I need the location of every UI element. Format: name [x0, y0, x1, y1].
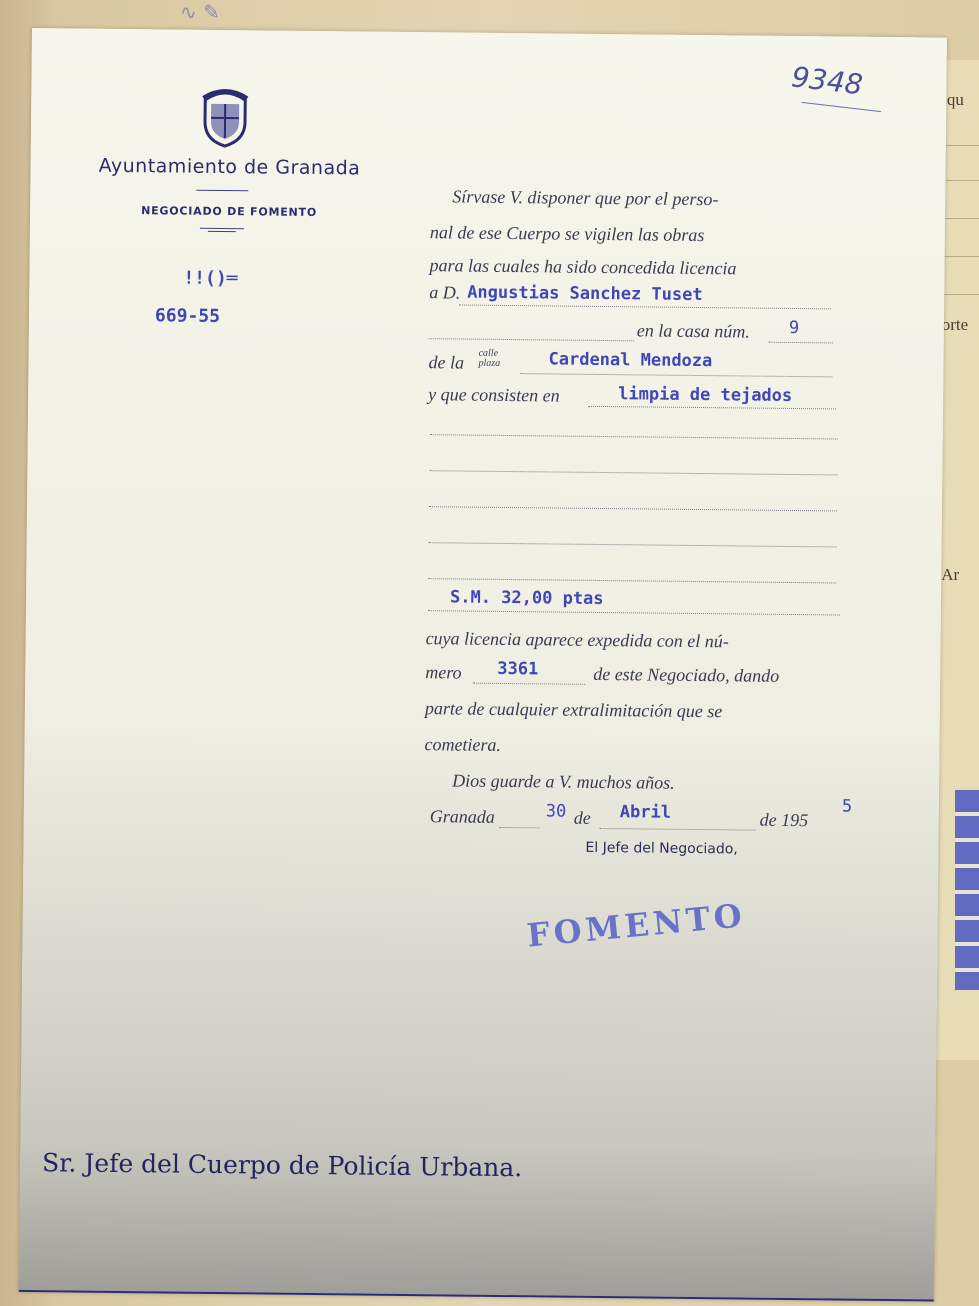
handwritten-underline — [801, 102, 881, 112]
dotted-fill-line — [430, 434, 838, 439]
dotted-fill-line — [429, 470, 837, 475]
dotted-fill-line — [588, 406, 836, 410]
divider — [196, 190, 248, 192]
dotted-fill-line — [429, 338, 634, 341]
dotted-fill-line — [428, 578, 836, 583]
recipient-label: a D. — [429, 282, 460, 303]
street-name: Cardenal Mendoza — [548, 349, 712, 371]
closing-salutation: Dios guarde a V. muchos años. — [452, 770, 675, 793]
fee-amount: S.M. 32,00 ptas — [450, 587, 604, 609]
street-type-options: calle plaza — [478, 349, 500, 369]
dotted-fill-line — [520, 373, 832, 377]
street-prefix: de la — [428, 352, 464, 373]
dotted-fill-line — [769, 342, 833, 344]
date-year-suffix: 5 — [842, 797, 852, 817]
fomento-stamp: FOMENTO — [525, 896, 747, 954]
date-day: 30 — [546, 801, 567, 821]
license-number: 3361 — [497, 659, 538, 679]
license-line-4: cometiera. — [424, 734, 501, 756]
street-type-plaza: plaza — [478, 359, 500, 369]
date-place: Granada — [430, 806, 495, 828]
divider — [200, 228, 244, 229]
house-number: 9 — [789, 318, 799, 338]
works-label: y que consisten en — [428, 384, 560, 406]
recipient-name: Angustias Sanchez Tuset — [467, 283, 703, 305]
house-number-label: en la casa núm. — [637, 320, 750, 342]
postage-stamp-edge — [955, 790, 979, 990]
dotted-fill-line — [459, 304, 831, 309]
coat-of-arms-icon — [197, 86, 254, 149]
body-line-1: Sírvase V. disponer que por el perso- — [452, 186, 718, 210]
license-line-3: parte de cualquier extralimitación que s… — [425, 698, 723, 722]
document-sheet: Ayuntamiento de Granada NEGOCIADO DE FOM… — [19, 28, 947, 1302]
dotted-fill-line — [500, 827, 540, 828]
department-name: NEGOCIADO DE FOMENTO — [74, 203, 384, 219]
reference-code: !!()═ — [183, 268, 237, 290]
background-scribble: ∿ ✎ — [180, 0, 400, 30]
city-council-name: Ayuntamiento de Granada — [74, 154, 384, 179]
reference-number: 669-55 — [155, 305, 220, 327]
license-number-label: mero — [425, 662, 462, 683]
divider — [208, 231, 236, 232]
dotted-fill-line — [428, 610, 840, 615]
dotted-fill-line — [429, 542, 837, 547]
body-line-2: nal de ese Cuerpo se vigilen las obras — [430, 222, 705, 246]
date-de: de — [574, 808, 591, 829]
license-line-1: cuya licencia aparece expedida con el nú… — [426, 628, 729, 652]
date-year-prefix: de 195 — [760, 810, 809, 832]
works-description: limpia de tejados — [618, 384, 792, 406]
addressee: Sr. Jefe del Cuerpo de Policía Urbana. — [42, 1148, 522, 1182]
license-line-2: de este Negociado, dando — [593, 664, 779, 687]
handwritten-file-number: 9348 — [790, 60, 865, 101]
dotted-fill-line — [600, 828, 756, 831]
dotted-fill-line — [473, 683, 585, 685]
date-month: Abril — [620, 802, 671, 823]
body-line-3: para las cuales ha sido concedida licenc… — [429, 255, 736, 279]
dotted-fill-line — [429, 506, 837, 511]
signer-title: El Jefe del Negociado, — [585, 840, 738, 858]
